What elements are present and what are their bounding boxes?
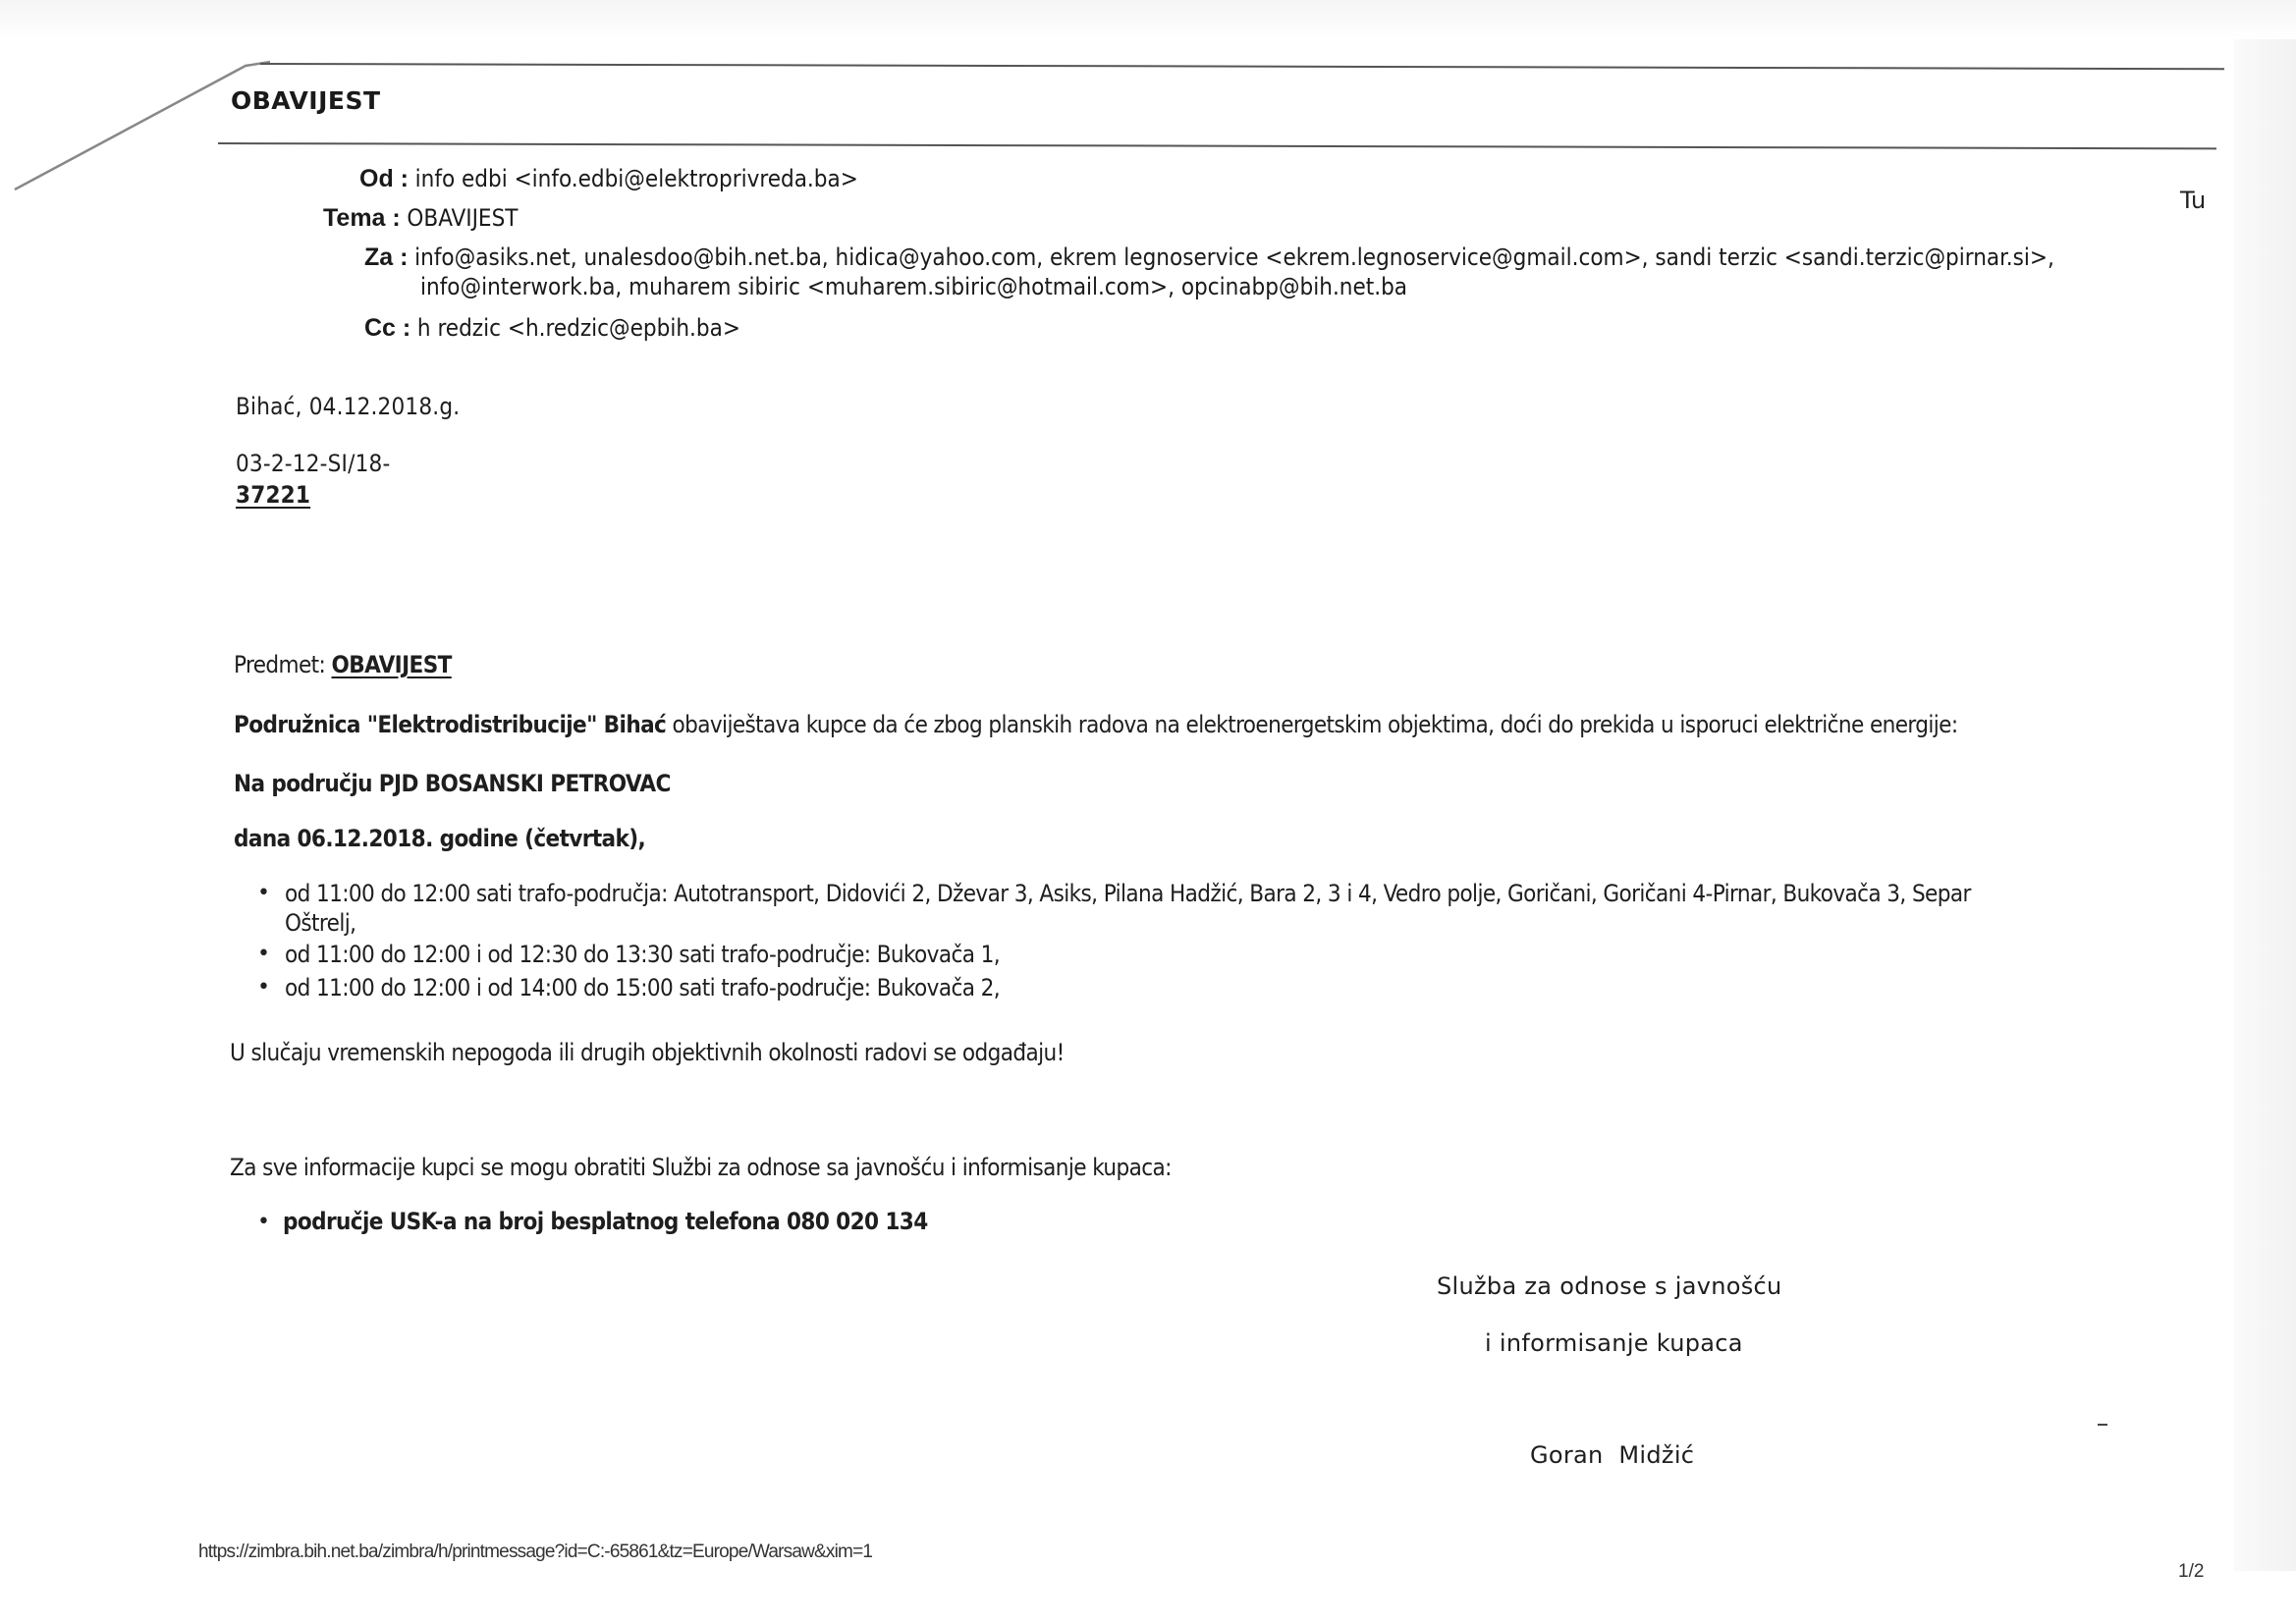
outage-item-line2: Oštrelj, [285,909,355,937]
reference-number: 37221 [236,481,310,509]
bullet-icon: • [257,881,270,905]
intro-bold: Podružnica "Elektrodistribucije" Bihać [234,711,666,738]
page-number: 1/2 [2178,1561,2204,1583]
subject-label: Tema : [323,204,401,232]
folded-corner-line [0,54,275,201]
day-heading: dana 06.12.2018. godine (četvrtak), [234,825,645,852]
contact-intro: Za sve informacije kupci se mogu obratit… [230,1154,1172,1181]
place-date: Bihać, 04.12.2018.g. [236,393,460,420]
header-from: Od : info edbi <info.edbi@elektroprivred… [359,165,858,193]
from-label: Od : [359,165,409,192]
header-top-rule [260,63,2224,70]
from-value[interactable]: info edbi <info.edbi@elektroprivreda.ba> [415,165,858,192]
subject-line-value: OBAVIJEST [331,651,451,678]
header-subject: Tema : OBAVIJEST [323,204,518,233]
reference-prefix: 03-2-12-SI/18- [236,450,390,477]
intro-paragraph: Podružnica "Elektrodistribucije" Bihać o… [234,711,1958,738]
cc-value[interactable]: h redzic <h.redzic@epbih.ba> [417,314,740,342]
print-url[interactable]: https://zimbra.bih.net.ba/zimbra/h/print… [198,1542,872,1563]
weather-note: U slučaju vremenskih nepogoda ili drugih… [230,1039,1065,1066]
to-label: Za : [364,243,408,271]
header-bottom-rule [218,142,2216,149]
to-value-line1[interactable]: info@asiks.net, unalesdoo@bih.net.ba, hi… [414,243,2054,271]
cc-label: Cc : [364,314,410,342]
scan-mark [2098,1424,2107,1426]
bullet-icon: • [257,942,270,966]
subject-line-label: Predmet: [234,651,325,678]
outage-item-line1: od 11:00 do 12:00 i od 12:30 do 13:30 sa… [285,941,1000,968]
header-to-continued: info@interwork.ba, muharem sibiric <muha… [420,273,1407,301]
area-heading: Na području PJD BOSANSKI PETROVAC [234,770,671,797]
scan-right-edge [2234,39,2296,1571]
outage-item-line1: od 11:00 do 12:00 sati trafo-područja: A… [285,880,1971,907]
to-value-line2[interactable]: info@interwork.ba, muharem sibiric <muha… [420,273,1407,300]
outage-item-line1: od 11:00 do 12:00 i od 14:00 do 15:00 sa… [285,974,1000,1001]
header-cc: Cc : h redzic <h.redzic@epbih.ba> [364,314,740,343]
subject-value: OBAVIJEST [407,204,518,232]
subject-line: Predmet: OBAVIJEST [234,651,452,678]
contact-phone-item: područje USK-a na broj besplatnog telefo… [283,1208,928,1235]
scan-top-shade [0,0,2296,39]
intro-rest: obaviještava kupce da će zbog planskih r… [666,711,1957,738]
bullet-icon: • [257,975,270,1000]
signature-line2: i informisanje kupaca [1485,1329,1743,1357]
document-title: OBAVIJEST [231,86,381,115]
bullet-icon: • [257,1210,270,1234]
signature-line1: Služba za odnose s javnošću [1437,1272,1782,1300]
header-to: Za : info@asiks.net, unalesdoo@bih.net.b… [364,243,2054,272]
date-fragment: Tu [2180,187,2206,214]
signature-name: Goran Midžić [1530,1441,1694,1469]
